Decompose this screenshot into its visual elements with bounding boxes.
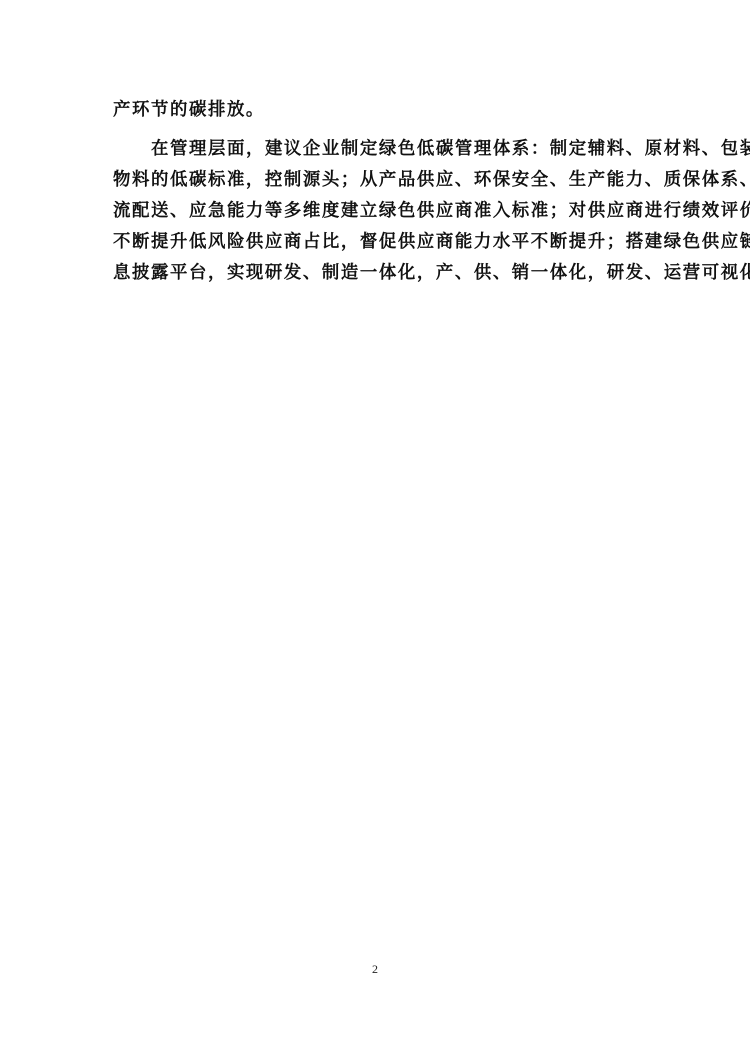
body-text: 产环节的碳排放。 在管理层面，建议企业制定绿色低碳管理体系：制定辅料、原材料、包… [113,95,641,289]
paragraph-2-line-5: 息披露平台，实现研发、制造一体化，产、供、销一体化，研发、运营可视化。 [113,258,641,289]
paragraph-2-line-3: 流配送、应急能力等多维度建立绿色供应商准入标准；对供应商进行绩效评价， [113,196,641,227]
paragraph-2-line-1: 在管理层面，建议企业制定绿色低碳管理体系：制定辅料、原材料、包装等 [113,134,641,165]
paragraph-2-line-2: 物料的低碳标准，控制源头；从产品供应、环保安全、生产能力、质保体系、物 [113,165,641,196]
paragraph-2-line-4: 不断提升低风险供应商占比，督促供应商能力水平不断提升；搭建绿色供应链信 [113,227,641,258]
paragraph-1-line-1: 产环节的碳排放。 [113,95,641,126]
paragraph-gap [113,126,641,134]
document-page: 产环节的碳排放。 在管理层面，建议企业制定绿色低碳管理体系：制定辅料、原材料、包… [0,0,750,1060]
page-number: 2 [0,962,750,977]
